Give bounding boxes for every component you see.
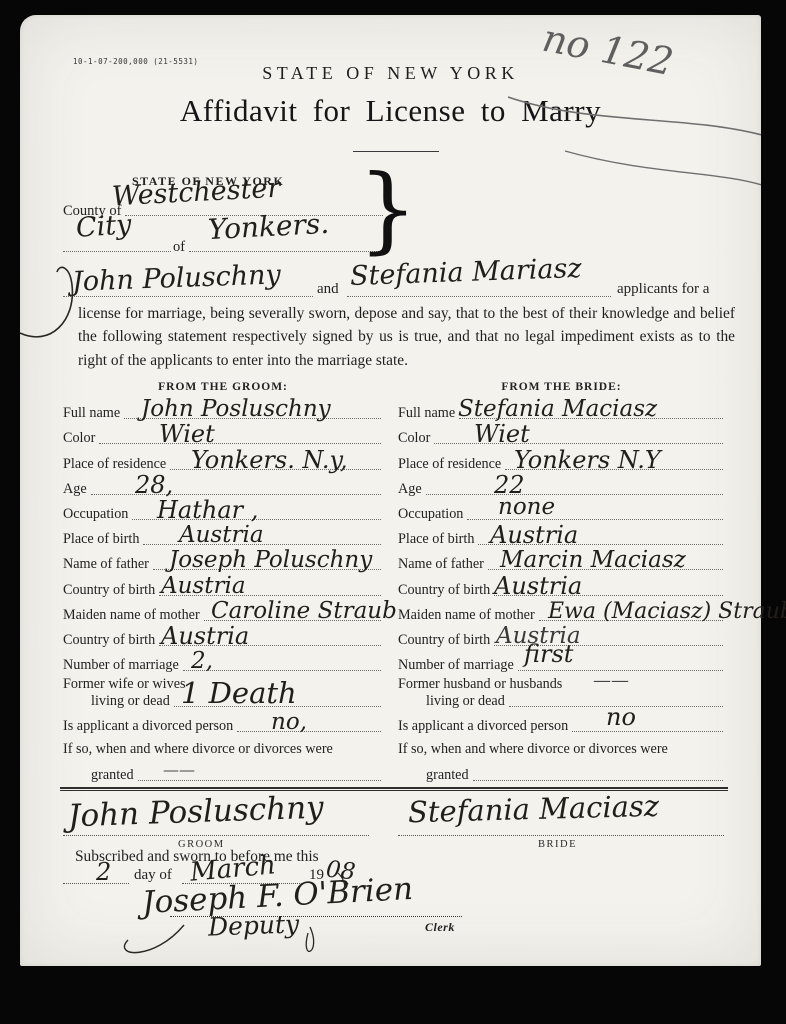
bride-column: FROM THE BRIDE: Full nameStefania Macias… <box>398 381 725 787</box>
venue-brace: } <box>358 163 418 257</box>
dotted-line <box>63 251 171 252</box>
field-label: Name of father <box>398 556 484 575</box>
field-label: Place of residence <box>398 456 501 475</box>
field-value-handwritten: Yonkers N.Y <box>514 448 661 472</box>
field-value-handwritten: first <box>524 642 573 666</box>
dotted-line <box>99 443 381 444</box>
bride-column-heading: FROM THE BRIDE: <box>398 381 725 393</box>
field-label: Place of birth <box>63 531 139 550</box>
field-label: Full name <box>63 405 120 424</box>
field-value-handwritten: 2, <box>191 650 213 673</box>
field-value-handwritten: Caroline Straub <box>211 600 397 623</box>
field-value-handwritten: Hathar , <box>157 498 258 522</box>
field-label: Number of marriage <box>398 657 514 676</box>
dotted-line <box>398 835 724 836</box>
field-value-handwritten: Austria <box>179 524 264 547</box>
field-label: granted <box>426 767 469 786</box>
groom-signature-handwritten: John Posluschny <box>68 793 325 833</box>
field-value-handwritten: Austria <box>490 523 578 547</box>
form-row: Country of birthAustria <box>63 575 383 600</box>
field-value-handwritten: Stefania Maciasz <box>458 398 657 421</box>
signature-tail-flourish <box>20 267 72 336</box>
form-row: Number of marriage2, <box>63 651 383 676</box>
field-label: Age <box>63 481 87 500</box>
field-label: granted <box>91 767 134 786</box>
form-row: Is applicant a divorced personno, <box>63 712 383 737</box>
field-label: Country of birth <box>63 632 155 651</box>
form-row-former-spouse: Former husband or husbands living or dea… <box>398 676 725 712</box>
field-value-handwritten: Marcin Maciasz <box>500 549 686 572</box>
and-label: and <box>317 281 339 298</box>
field-value-handwritten: John Posluschny <box>141 398 331 421</box>
field-value-handwritten: Austria <box>494 574 582 598</box>
groom-name-handwritten: John Poluschny <box>72 261 282 295</box>
oath-paragraph: license for marriage, being severally sw… <box>78 302 735 372</box>
form-row: Is applicant a divorced personno <box>398 712 725 737</box>
clerk-signature-loop <box>124 925 184 953</box>
field-label: Occupation <box>63 506 128 525</box>
field-label: If so, when and where divorce or divorce… <box>398 737 725 760</box>
field-label: If so, when and where divorce or divorce… <box>63 737 383 760</box>
dotted-line <box>63 883 129 884</box>
field-value-handwritten: no, <box>271 711 307 734</box>
field-label: living or dead <box>91 693 170 712</box>
dotted-line <box>426 494 723 495</box>
field-value-handwritten: Wiet <box>474 422 530 446</box>
field-label: Former husband or husbands <box>398 676 725 691</box>
form-row: Place of residenceYonkers N.Y <box>398 449 725 474</box>
field-value-handwritten: Wiet <box>159 422 215 446</box>
bride-name-handwritten: Stefania Mariasz <box>350 255 582 290</box>
form-row: Full nameJohn Posluschny <box>63 399 383 424</box>
deputy-handwritten: Deputy <box>208 911 300 939</box>
form-row: Full nameStefania Maciasz <box>398 399 725 424</box>
dotted-line <box>572 731 723 732</box>
field-value-handwritten: none <box>498 496 555 519</box>
form-row: Age22 <box>398 475 725 500</box>
applicants-label: applicants for a <box>617 281 709 298</box>
dotted-line <box>138 780 381 781</box>
field-label: living or dead <box>426 693 505 712</box>
form-row: Maiden name of motherEwa (Maciasz) Strau… <box>398 601 725 626</box>
form-row: Number of marriagefirst <box>398 651 725 676</box>
field-label: Is applicant a divorced person <box>398 718 568 737</box>
day-of-label: day of <box>134 867 172 884</box>
form-row: Place of residenceYonkers. N.y, <box>63 449 383 474</box>
field-label: Is applicant a divorced person <box>63 718 233 737</box>
scanned-affidavit-page: 10-1-07-200,000 (21-5531) STATE OF NEW Y… <box>20 15 761 966</box>
dotted-line <box>237 731 381 732</box>
field-label: Country of birth <box>63 582 155 601</box>
field-label: Country of birth <box>398 632 490 651</box>
field-label: Country of birth <box>398 582 490 601</box>
field-value-handwritten: Austria <box>161 575 246 598</box>
field-label: Name of father <box>63 556 149 575</box>
bride-signature-handwritten: Stefania Maciasz <box>408 792 660 828</box>
field-label: Color <box>63 430 95 449</box>
dotted-line <box>63 835 369 836</box>
field-value-handwritten: Ewa (Maciasz) Straub <box>548 601 786 623</box>
form-row-former-spouse: Former wife or wives living or dead 1 De… <box>63 676 383 712</box>
field-value-handwritten: Joseph Poluschny <box>169 549 372 572</box>
bride-signature-label: BRIDE <box>538 839 577 850</box>
day-value-handwritten: 2 <box>96 860 111 884</box>
deputy-descender-stroke <box>306 927 313 951</box>
field-value-handwritten: —— <box>163 762 195 778</box>
form-row: Name of fatherJoseph Poluschny <box>63 550 383 575</box>
field-label: Number of marriage <box>63 657 179 676</box>
form-row: Country of birthAustria <box>398 575 725 600</box>
field-value-handwritten: Yonkers. N.y, <box>191 448 348 472</box>
title-rule <box>353 151 439 152</box>
of-label: of <box>173 239 185 257</box>
dotted-line <box>473 780 723 781</box>
groom-column: FROM THE GROOM: Full nameJohn Posluschny… <box>63 381 383 787</box>
city-value-handwritten: City <box>75 211 132 242</box>
form-row-divorce-granted: If so, when and where divorce or divorce… <box>398 737 725 787</box>
city-name-handwritten: Yonkers. <box>207 210 329 244</box>
field-label: Occupation <box>398 506 463 525</box>
dotted-line <box>347 296 611 297</box>
form-row-divorce-granted: If so, when and where divorce or divorce… <box>63 737 383 787</box>
field-value-handwritten: Austria <box>161 624 249 648</box>
field-value-handwritten: 28, <box>135 473 173 497</box>
field-label: Age <box>398 481 422 500</box>
field-label: Place of birth <box>398 531 474 550</box>
field-value-handwritten: no <box>606 705 636 729</box>
groom-column-heading: FROM THE GROOM: <box>63 381 383 393</box>
field-label: Full name <box>398 405 455 424</box>
clerk-label: Clerk <box>425 920 455 935</box>
pencil-flourish-stroke <box>565 151 761 187</box>
dotted-line <box>189 251 383 252</box>
field-value-handwritten: 1 Death <box>181 679 297 708</box>
field-label: Color <box>398 430 430 449</box>
page-title: Affidavit for License to Marry <box>20 93 761 129</box>
form-row: Country of birthAustria <box>63 626 383 651</box>
field-value-handwritten: —— <box>593 672 629 690</box>
